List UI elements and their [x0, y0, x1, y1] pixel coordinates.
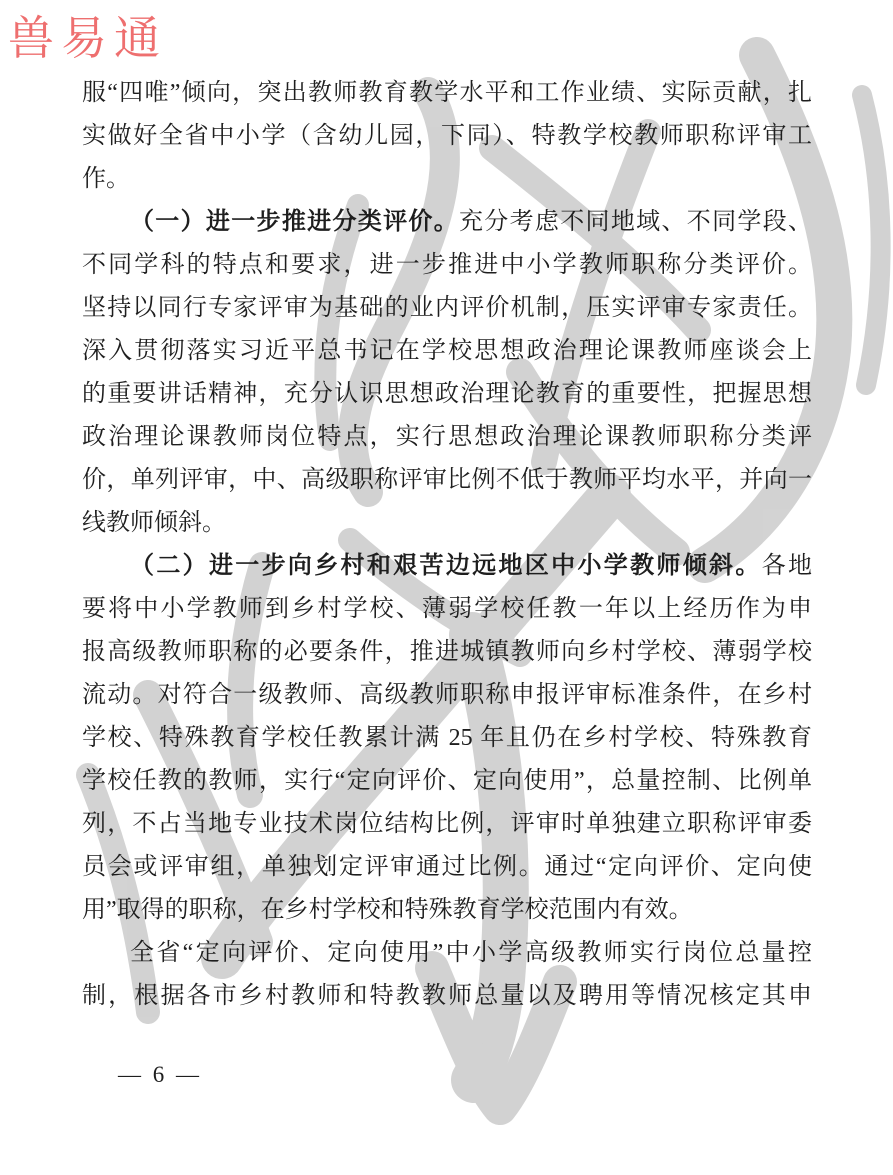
text-line: 要将中小学教师到乡村学校、薄弱学校任教一年以上经历作为申 — [82, 588, 812, 631]
line-text: 不同学科的特点和要求，进一步推进中小学教师职称分类评价。 — [82, 252, 812, 278]
line-text: 制，根据各市乡村教师和特教教师总量以及聘用等情况核定其申 — [82, 983, 812, 1009]
text-line: 深入贯彻落实习近平总书记在学校思想政治理论课教师座谈会上 — [82, 330, 812, 373]
text-line: （一）进一步推进分类评价。充分考虑不同地域、不同学段、 — [82, 201, 812, 244]
text-line: 流动。对符合一级教师、高级教师职称申报评审标准条件，在乡村 — [82, 674, 812, 717]
text-line: 不同学科的特点和要求，进一步推进中小学教师职称分类评价。 — [82, 244, 812, 287]
text-line: 学校任教的教师，实行“定向评价、定向使用”，总量控制、比例单 — [82, 760, 812, 803]
line-text: 列，不占当地专业技术岗位结构比例，评审时单独建立职称评审委 — [82, 811, 812, 837]
line-text: 学校任教的教师，实行“定向评价、定向使用”，总量控制、比例单 — [82, 768, 812, 794]
text-line: 政治理论课教师岗位特点，实行思想政治理论课教师职称分类评 — [82, 416, 812, 459]
document-body: 服“四唯”倾向，突出教师教育教学水平和工作业绩、实际贡献，扎 实做好全省中小学（… — [82, 72, 812, 1018]
line-text: 全省“定向评价、定向使用”中小学高级教师实行岗位总量控 — [130, 940, 812, 966]
text-line: 服“四唯”倾向，突出教师教育教学水平和工作业绩、实际贡献，扎 — [82, 72, 812, 115]
line-text: 深入贯彻落实习近平总书记在学校思想政治理论课教师座谈会上 — [82, 338, 812, 364]
line-text: 流动。对符合一级教师、高级教师职称申报评审标准条件，在乡村 — [82, 682, 812, 708]
line-text: 线教师倾斜。 — [82, 510, 226, 536]
text-line: 报高级教师职称的必要条件，推进城镇教师向乡村学校、薄弱学校 — [82, 631, 812, 674]
line-text: 用”取得的职称，在乡村学校和特殊教育学校范围内有效。 — [82, 897, 693, 923]
line-text: 各地 — [762, 553, 812, 579]
paragraph-heading: （一）进一步推进分类评价。 — [130, 209, 459, 235]
text-line: 价，单列评审，中、高级职称评审比例不低于教师平均水平，并向一 — [82, 459, 812, 502]
text-line: 全省“定向评价、定向使用”中小学高级教师实行岗位总量控 — [82, 932, 812, 975]
page-number: — 6 — — [118, 1062, 202, 1088]
line-text: 员会或评审组，单独划定评审通过比例。通过“定向评价、定向使 — [82, 854, 812, 880]
text-line: 制，根据各市乡村教师和特教教师总量以及聘用等情况核定其申 — [82, 975, 812, 1018]
line-text: 作。 — [82, 166, 130, 192]
paragraph-heading: （二）进一步向乡村和艰苦边远地区中小学教师倾斜。 — [130, 553, 762, 579]
line-text: 的重要讲话精神，充分认识思想政治理论教育的重要性，把握思想 — [82, 381, 812, 407]
text-line: 线教师倾斜。 — [82, 502, 812, 545]
text-line: （二）进一步向乡村和艰苦边远地区中小学教师倾斜。各地 — [82, 545, 812, 588]
line-text: 坚持以同行专家评审为基础的业内评价机制，压实评审专家责任。 — [82, 295, 812, 321]
line-text: 价，单列评审，中、高级职称评审比例不低于教师平均水平，并向一 — [82, 467, 812, 493]
text-line: 员会或评审组，单独划定评审通过比例。通过“定向评价、定向使 — [82, 846, 812, 889]
line-text: 要将中小学教师到乡村学校、薄弱学校任教一年以上经历作为申 — [82, 596, 812, 622]
text-line: 学校、特殊教育学校任教累计满 25 年且仍在乡村学校、特殊教育 — [82, 717, 812, 760]
text-line: 的重要讲话精神，充分认识思想政治理论教育的重要性，把握思想 — [82, 373, 812, 416]
line-text: 学校、特殊教育学校任教累计满 25 年且仍在乡村学校、特殊教育 — [82, 725, 812, 751]
document-page: 兽易通 服“四唯”倾向，突出教师教育教学水平和工作业绩、实际贡献，扎 实做好全省… — [0, 0, 893, 1175]
line-text: 充分考虑不同地域、不同学段、 — [459, 209, 812, 235]
brand-logo-text: 兽易通 — [8, 2, 167, 68]
text-line: 用”取得的职称，在乡村学校和特殊教育学校范围内有效。 — [82, 889, 812, 932]
line-text: 实做好全省中小学（含幼儿园，下同）、特教学校教师职称评审工 — [82, 123, 812, 149]
line-text: 服“四唯”倾向，突出教师教育教学水平和工作业绩、实际贡献，扎 — [82, 80, 812, 106]
text-line: 列，不占当地专业技术岗位结构比例，评审时单独建立职称评审委 — [82, 803, 812, 846]
text-line: 实做好全省中小学（含幼儿园，下同）、特教学校教师职称评审工 — [82, 115, 812, 158]
line-text: 报高级教师职称的必要条件，推进城镇教师向乡村学校、薄弱学校 — [82, 639, 812, 665]
text-line: 作。 — [82, 158, 812, 201]
text-line: 坚持以同行专家评审为基础的业内评价机制，压实评审专家责任。 — [82, 287, 812, 330]
line-text: 政治理论课教师岗位特点，实行思想政治理论课教师职称分类评 — [82, 424, 812, 450]
